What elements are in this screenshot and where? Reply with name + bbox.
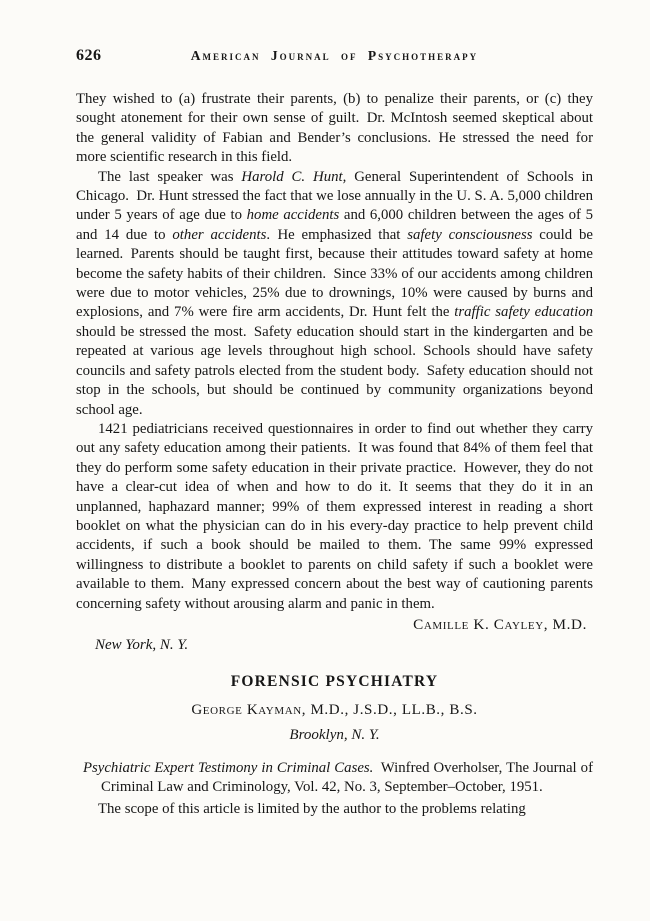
body-paragraph: 1421 pediatricians received questionnair… bbox=[76, 420, 593, 614]
author-signature: Camille K. Cayley, M.D. bbox=[76, 615, 593, 634]
reference-entry: Psychiatric Expert Testimony in Criminal… bbox=[101, 759, 593, 798]
author-dateline: New York, N. Y. bbox=[76, 636, 593, 655]
article-dateline: Brooklyn, N. Y. bbox=[76, 725, 593, 745]
article-title: FORENSIC PSYCHIATRY bbox=[76, 672, 593, 692]
page-number: 626 bbox=[76, 46, 102, 65]
article-conclusion-section: They wished to (a) frustrate their paren… bbox=[76, 90, 593, 656]
journal-title: American Journal of Psychotherapy bbox=[191, 48, 478, 63]
next-article-section: FORENSIC PSYCHIATRY George Kayman, M.D.,… bbox=[76, 672, 593, 819]
body-paragraph: They wished to (a) frustrate their paren… bbox=[76, 90, 593, 168]
article-author: George Kayman, M.D., J.S.D., LL.B., B.S. bbox=[76, 700, 593, 720]
journal-page: 626 American Journal of Psychotherapy Th… bbox=[0, 0, 650, 921]
running-head: 626 American Journal of Psychotherapy bbox=[76, 46, 593, 66]
body-paragraph: The last speaker was Harold C. Hunt, Gen… bbox=[76, 168, 593, 420]
opening-paragraph: The scope of this article is limited by … bbox=[76, 800, 593, 819]
